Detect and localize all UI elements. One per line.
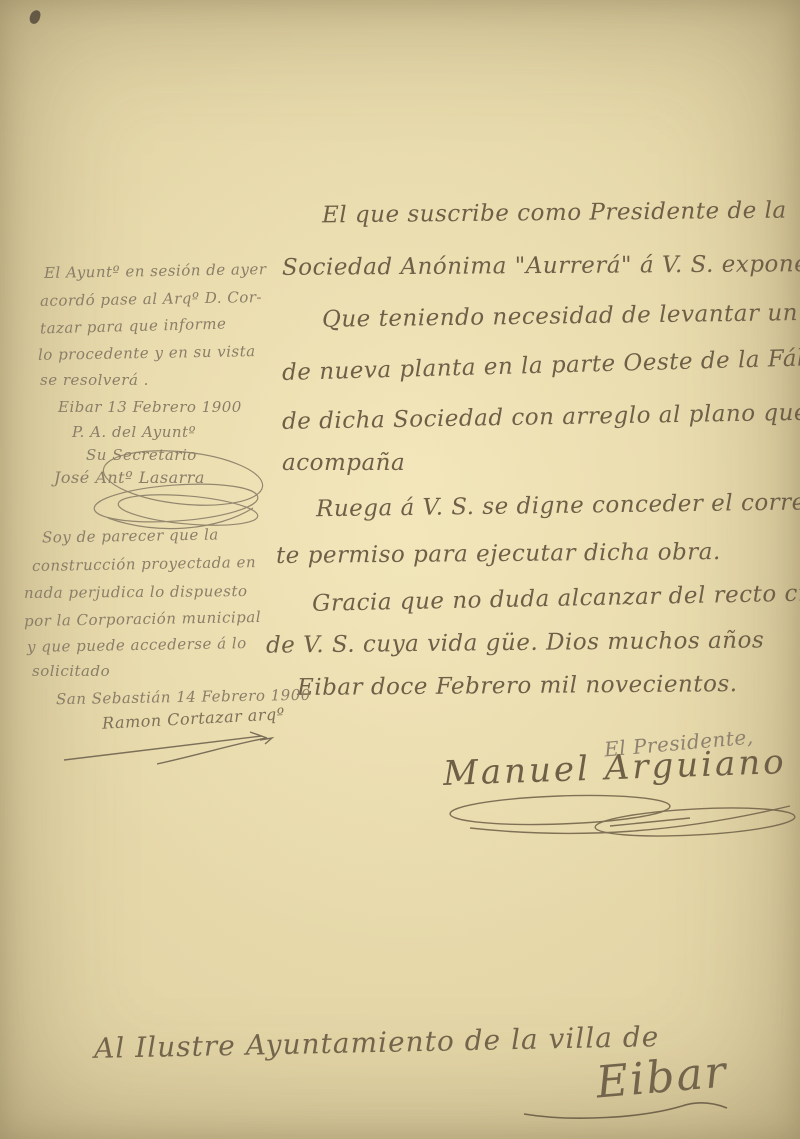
president-rubric-flourish — [440, 788, 800, 844]
manuscript-page: El que suscribe como Presidente de la So… — [0, 0, 800, 1139]
architect-note-line: Soy de parecer que la — [42, 525, 219, 546]
president-signature: Manuel Arguiano — [442, 742, 787, 794]
architect-note-line: nada perjudica lo dispuesto — [24, 582, 248, 602]
letter-line: de nueva planta en la parte Oeste de la … — [282, 344, 800, 386]
secretary-note-by-order: P. A. del Ayuntº — [72, 423, 196, 441]
letter-line: Sociedad Anónima "Aurrerá" á V. S. expon… — [282, 251, 800, 281]
architect-note-line: por la Corporación municipal — [24, 608, 261, 630]
letter-line: Eibar doce Febrero mil novecientos. — [297, 671, 738, 701]
letter-line: acompaña — [282, 450, 405, 476]
secretary-note-role: Su Secretario — [86, 446, 197, 464]
letter-line: de dicha Sociedad con arreglo al plano q… — [282, 399, 800, 435]
secretary-note-line: acordó pase al Arqº D. Cor- — [40, 288, 262, 310]
architect-note-line: y que puede accederse á lo — [27, 634, 247, 656]
address-place: Eibar — [594, 1046, 730, 1108]
address-line: Al Ilustre Ayuntamiento de la villa de — [94, 1020, 660, 1065]
secretary-note-line: tazar para que informe — [40, 315, 227, 338]
architect-signature: Ramon Cortazar arqº — [102, 704, 286, 733]
letter-line: de V. S. cuya vida güe. Dios muchos años — [266, 627, 764, 658]
secretary-signature: José Antº Lasarra — [54, 468, 205, 487]
letter-line: Ruega á V. S. se digne conceder el corre… — [316, 488, 800, 522]
architect-note-line: construcción proyectada en — [32, 553, 256, 575]
letter-line: El que suscribe como Presidente de la — [322, 198, 787, 229]
secretary-note-line: se resolverá . — [40, 371, 149, 389]
letter-line: te permiso para ejecutar dicha obra. — [276, 539, 721, 569]
secretary-note-date: Eibar 13 Febrero 1900 — [58, 398, 242, 416]
architect-rubric-flourish — [62, 728, 277, 766]
letter-line: Que teniendo necesidad de levantar un pi… — [322, 299, 800, 332]
ink-blot — [28, 9, 41, 25]
secretary-note-line: El Ayuntº en sesión de ayer — [44, 260, 267, 282]
letter-line: Gracia que no duda alcanzar del recto cr… — [312, 579, 800, 617]
architect-note-line: solicitado — [32, 662, 110, 680]
secretary-note-line: lo procedente y en su vista — [38, 342, 256, 364]
